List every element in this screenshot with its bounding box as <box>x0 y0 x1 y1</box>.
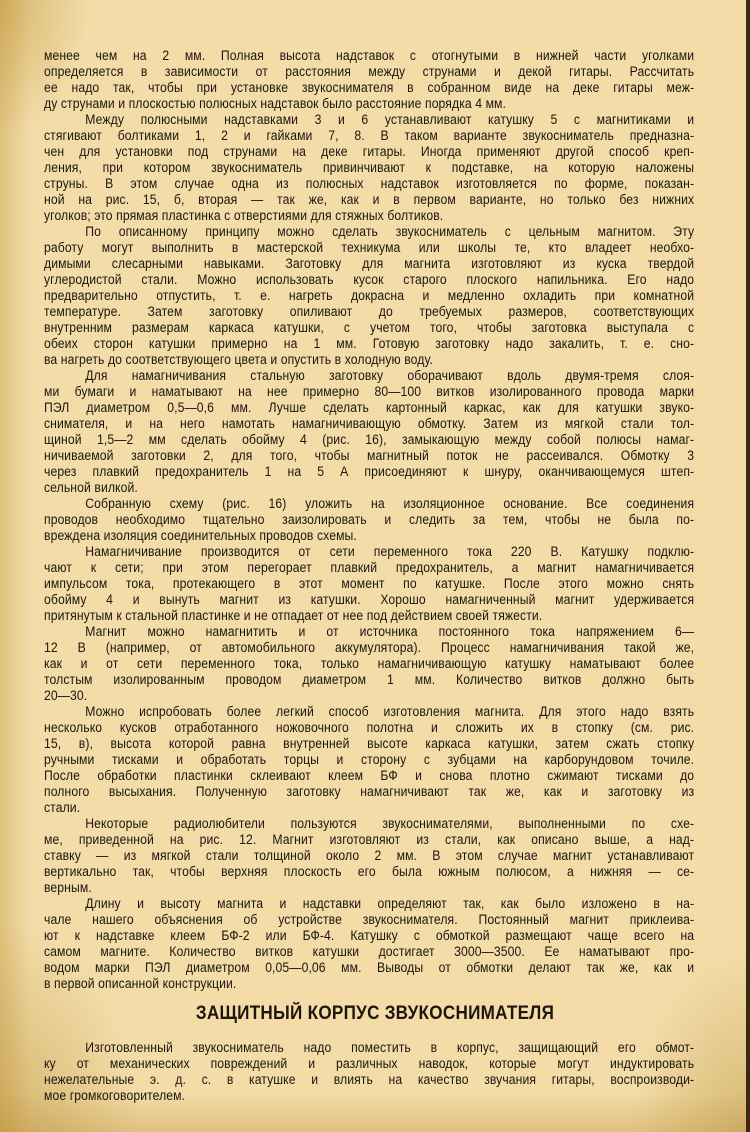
text-line: 12 В (например, от автомобильного аккуму… <box>44 640 694 656</box>
text-line: вреждена изоляция соединительных проводо… <box>44 528 694 544</box>
section-text: Изготовленный звукосниматель надо помест… <box>44 1040 694 1104</box>
text-line: сельной вилкой. <box>44 480 694 496</box>
text-line: нежелательные э. д. с. в катушке и влият… <box>44 1072 694 1088</box>
text-line: обойму 4 и вынуть магнит из катушки. Хор… <box>44 592 694 608</box>
text-line: ручными тисками и обработать торцы и сто… <box>44 752 694 768</box>
text-line: менее чем на 2 мм. Полная высота надстав… <box>44 48 694 64</box>
text-line: работу могут выполнить в мастерской техн… <box>44 240 694 256</box>
text-line: стягивают болтиками 1, 2 и гайками 7, 8.… <box>44 128 694 144</box>
text-line: ва нагреть до соответствующего цвета и о… <box>44 352 694 368</box>
text-line: ее надо так, чтобы при установке звукосн… <box>44 80 694 96</box>
text-line: струны. В этом случае одна из полюсных н… <box>44 176 694 192</box>
text-line: ничиваемой заготовки 2, для того, чтобы … <box>44 448 694 464</box>
text-line: углеродистой стали. Можно использовать к… <box>44 272 694 288</box>
text-line: Длину и высоту магнита и надставки опред… <box>44 896 694 912</box>
text-line: ставку — из мягкой стали толщиной около … <box>44 848 694 864</box>
text-line: ду струнами и плоскостью полюсных надста… <box>44 96 694 112</box>
text-line: Намагничивание производится от сети пере… <box>44 544 694 560</box>
page-edge <box>746 0 750 1132</box>
text-line: чен для установки под струнами на деке г… <box>44 144 694 160</box>
text-line: ной на рис. 15, б, вторая — так же, как … <box>44 192 694 208</box>
text-line: Можно испробовать более легкий способ из… <box>44 704 694 720</box>
text-line: чале нашего объяснения об устройстве зву… <box>44 912 694 928</box>
text-line: в первой описанной конструкции. <box>44 976 694 992</box>
text-line: через плавкий предохранитель 1 на 5 А пр… <box>44 464 694 480</box>
section-heading: ЗАЩИТНЫЙ КОРПУС ЗВУКОСНИМАТЕЛЯ <box>38 1003 713 1025</box>
text-line: 15, в), высота которой равна внутренней … <box>44 736 694 752</box>
text-line: 20—30. <box>44 688 694 704</box>
text-line: самом магните. Количество витков катушки… <box>44 944 694 960</box>
text-line: как и от сети переменного тока, только н… <box>44 656 694 672</box>
text-line: ПЭЛ диаметром 0,5—0,6 мм. Лучше сделать … <box>44 400 694 416</box>
text-line: определяется в зависимости от расстояния… <box>44 64 694 80</box>
text-line: ми бумаги и наматывают на нее примерно 8… <box>44 384 694 400</box>
text-line: внутренним размерам каркаса катушки, с у… <box>44 320 694 336</box>
text-line: Для намагничивания стальную заготовку об… <box>44 368 694 384</box>
text-line: После обработки пластинки склеивают клее… <box>44 768 694 784</box>
text-line: верным. <box>44 880 694 896</box>
text-line: импульсом тока, протекающего в этот моме… <box>44 576 694 592</box>
text-line: мое громкоговорителем. <box>44 1088 694 1104</box>
text-line: снимателя, и на него намотать намагничив… <box>44 416 694 432</box>
text-line: полного высыхания. Полученную заготовку … <box>44 784 694 800</box>
text-line: притянутым к стальной пластинке и не отп… <box>44 608 694 624</box>
text-line: водом марки ПЭЛ диаметром 0,05—0,06 мм. … <box>44 960 694 976</box>
text-line: предварительно отпустить, т. е. нагреть … <box>44 288 694 304</box>
text-line: Магнит можно намагнитить и от источника … <box>44 624 694 640</box>
text-line: Изготовленный звукосниматель надо помест… <box>44 1040 694 1056</box>
text-line: По описанному принципу можно сделать зву… <box>44 224 694 240</box>
text-line: ют к надставке клеем БФ-2 или БФ-4. Кату… <box>44 928 694 944</box>
text-line: несколько кусков отработанного ножовочно… <box>44 720 694 736</box>
text-line: димыми слесарными навыками. Заготовку дл… <box>44 256 694 272</box>
text-line: вертикально так, чтобы верхняя плоскость… <box>44 864 694 880</box>
text-line: толстым изолированным проводом диаметром… <box>44 672 694 688</box>
text-line: Между полюсными надставками 3 и 6 устана… <box>44 112 694 128</box>
text-line: ления, при котором звукосниматель привин… <box>44 160 694 176</box>
text-line: температуре. Затем заготовку опиливают д… <box>44 304 694 320</box>
text-line: проводов необходимо тщательно заизолиров… <box>44 512 694 528</box>
text-line: щиной 1,5—2 мм сделать обойму 4 (рис. 16… <box>44 432 694 448</box>
text-line: стали. <box>44 800 694 816</box>
text-line: обеих сторон катушки примерно на 1 мм. Г… <box>44 336 694 352</box>
text-line: ку от механических повреждений и различн… <box>44 1056 694 1072</box>
text-line: Некоторые радиолюбители пользуются звуко… <box>44 816 694 832</box>
text-line: ме, приведенной на рис. 12. Магнит изгот… <box>44 832 694 848</box>
body-text: менее чем на 2 мм. Полная высота надстав… <box>44 48 694 992</box>
text-line: уголков; это прямая пластинка с отверсти… <box>44 208 694 224</box>
text-line: чают к сети; при этом перегорает плавкий… <box>44 560 694 576</box>
text-line: Собранную схему (рис. 16) уложить на изо… <box>44 496 694 512</box>
